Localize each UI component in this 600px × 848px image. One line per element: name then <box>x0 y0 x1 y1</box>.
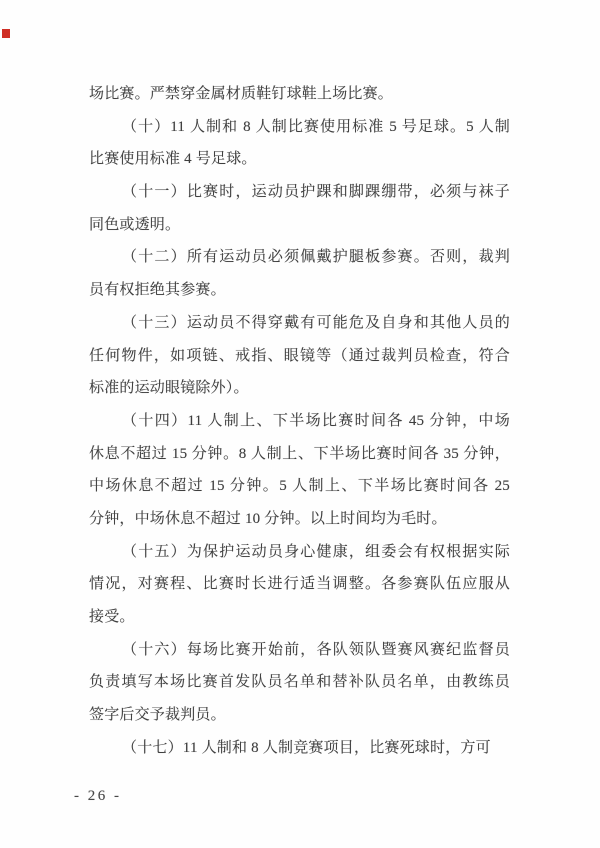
text-line: （十二）所有运动员必须佩戴护腿板参赛。否则，裁判 <box>89 241 510 274</box>
text-line: 接受。 <box>89 601 510 634</box>
text-line: 比赛使用标准 4 号足球。 <box>89 143 510 176</box>
text-line: 标准的运动眼镜除外）。 <box>89 372 510 405</box>
text-line: （十五）为保护运动员身心健康，组委会有权根据实际 <box>89 536 510 569</box>
text-line: 员有权拒绝其参赛。 <box>89 274 510 307</box>
text-line: 场比赛。严禁穿金属材质鞋钉球鞋上场比赛。 <box>89 78 510 111</box>
text-line: （十一）比赛时，运动员护踝和脚踝绷带，必须与袜子 <box>89 176 510 209</box>
page-number: - 26 - <box>74 788 122 805</box>
text-line: 任何物件，如项链、戒指、眼镜等（通过裁判员检查，符合 <box>89 340 510 373</box>
text-line: （十）11 人制和 8 人制比赛使用标准 5 号足球。5 人制 <box>89 111 510 144</box>
text-line: 签字后交予裁判员。 <box>89 699 510 732</box>
red-stamp-mark <box>2 29 10 38</box>
text-line: （十四）11 人制上、下半场比赛时间各 45 分钟，中场 <box>89 405 510 438</box>
document-page: 场比赛。严禁穿金属材质鞋钉球鞋上场比赛。（十）11 人制和 8 人制比赛使用标准… <box>0 0 600 848</box>
text-line: 情况，对赛程、比赛时长进行适当调整。各参赛队伍应服从 <box>89 568 510 601</box>
text-line: 休息不超过 15 分钟。8 人制上、下半场比赛时间各 35 分钟， <box>89 438 510 471</box>
text-line: （十六）每场比赛开始前，各队领队暨赛风赛纪监督员 <box>89 634 510 667</box>
text-line: 中场休息不超过 15 分钟。5 人制上、下半场比赛时间各 25 <box>89 470 510 503</box>
document-body: 场比赛。严禁穿金属材质鞋钉球鞋上场比赛。（十）11 人制和 8 人制比赛使用标准… <box>89 78 510 764</box>
text-line: 负责填写本场比赛首发队员名单和替补队员名单，由教练员 <box>89 666 510 699</box>
text-line: 同色或透明。 <box>89 209 510 242</box>
text-line: （十七）11 人制和 8 人制竞赛项目，比赛死球时，方可 <box>89 732 510 765</box>
text-line: 分钟，中场休息不超过 10 分钟。以上时间均为毛时。 <box>89 503 510 536</box>
text-line: （十三）运动员不得穿戴有可能危及自身和其他人员的 <box>89 307 510 340</box>
